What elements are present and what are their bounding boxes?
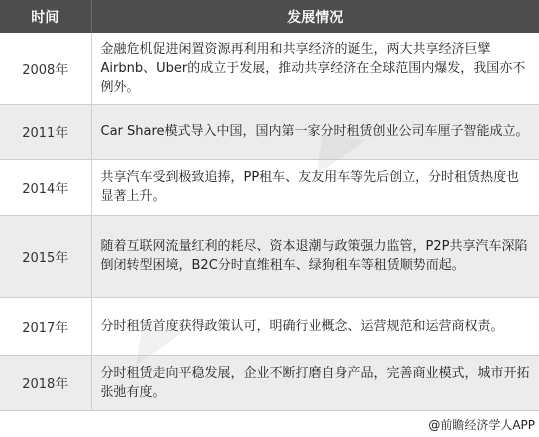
description-cell: 分时租赁首度获得政策认可，明确行业概念、运营规范和运营商权责。: [91, 297, 539, 355]
year-cell: 2018年: [0, 355, 91, 410]
table-row: 2008年 金融危机促进闲置资源再利用和共享经济的诞生，两大共享经济巨擘Airb…: [0, 33, 539, 104]
description-cell: 随着互联网流量红利的耗尽、资本退潮与政策强力监管，P2P共享汽车深陷倒闭转型困境…: [91, 215, 539, 297]
table-row: 2011年 Car Share模式导入中国，国内第一家分时租赁创业公司车厘子智能…: [0, 104, 539, 159]
development-table: 时间 发展情况 2008年 金融危机促进闲置资源再利用和共享经济的诞生，两大共享…: [0, 0, 539, 411]
table-row: 2018年 分时租赁走向平稳发展，企业不断打磨自身产品，完善商业模式，城市开拓张…: [0, 355, 539, 410]
year-cell: 2014年: [0, 159, 91, 215]
description-cell: Car Share模式导入中国，国内第一家分时租赁创业公司车厘子智能成立。: [91, 104, 539, 159]
description-cell: 分时租赁走向平稳发展，企业不断打磨自身产品，完善商业模式，城市开拓张弛有度。: [91, 355, 539, 410]
table-header-row: 时间 发展情况: [0, 0, 539, 33]
table-row: 2014年 共享汽车受到极致追捧，PP租车、友友用车等先后创立，分时租赁热度也显…: [0, 159, 539, 215]
table-row: 2017年 分时租赁首度获得政策认可，明确行业概念、运营规范和运营商权责。: [0, 297, 539, 355]
header-development: 发展情况: [91, 0, 539, 33]
table-row: 2015年 随着互联网流量红利的耗尽、资本退潮与政策强力监管，P2P共享汽车深陷…: [0, 215, 539, 297]
year-cell: 2008年: [0, 33, 91, 104]
header-time: 时间: [0, 0, 91, 33]
description-cell: 金融危机促进闲置资源再利用和共享经济的诞生，两大共享经济巨擘Airbnb、Ube…: [91, 33, 539, 104]
year-cell: 2015年: [0, 215, 91, 297]
year-cell: 2011年: [0, 104, 91, 159]
description-cell: 共享汽车受到极致追捧，PP租车、友友用车等先后创立，分时租赁热度也显著上升。: [91, 159, 539, 215]
year-cell: 2017年: [0, 297, 91, 355]
source-credit: @前瞻经济学人APP: [428, 416, 535, 433]
